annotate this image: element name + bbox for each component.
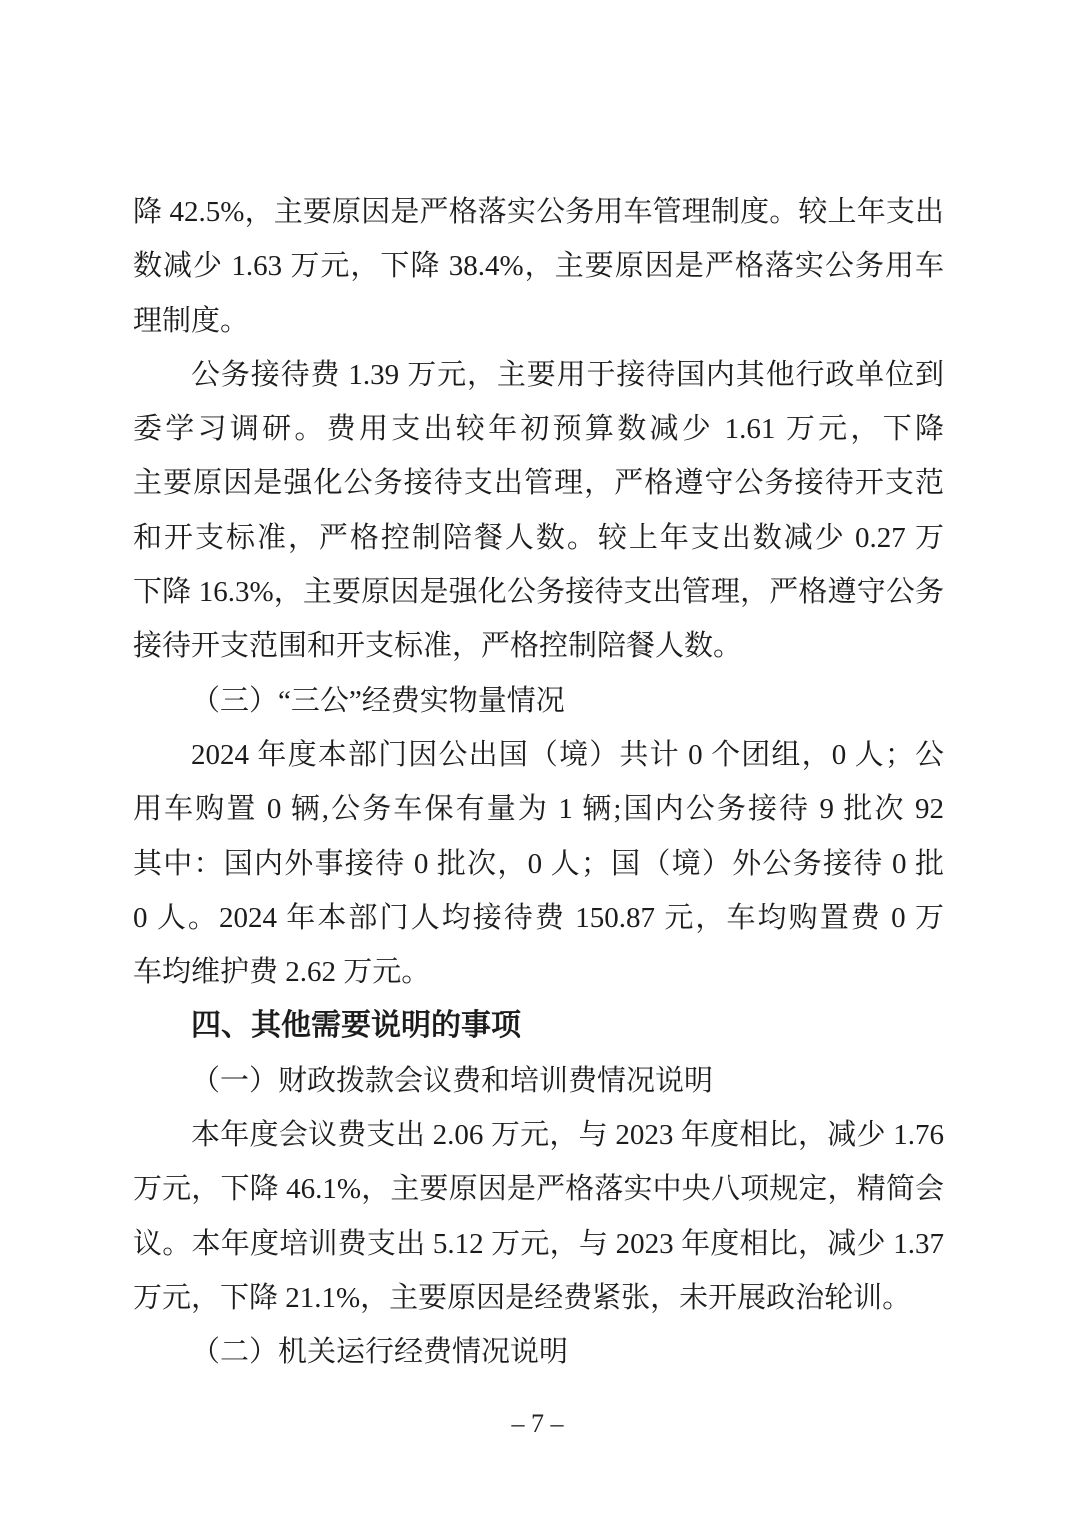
text-line: 理制度。 xyxy=(133,294,944,348)
document-page: 降 42.5%，主要原因是严格落实公务用车管理制度。较上年支出 数减少 1.63… xyxy=(0,0,1075,1520)
text-line: 主要原因是强化公务接待支出管理，严格遵守公务接待开支范围 xyxy=(133,456,944,510)
document-body: 降 42.5%，主要原因是严格落实公务用车管理制度。较上年支出 数减少 1.63… xyxy=(133,185,944,1380)
text-line: 和开支标准，严格控制陪餐人数。较上年支出数减少 0.27 万元， xyxy=(133,511,944,565)
text-line: 0 人。2024 年本部门人均接待费 150.87 元，车均购置费 0 万元， xyxy=(133,891,944,945)
text-line: 公务接待费 1.39 万元，主要用于接待国内其他行政单位到我 xyxy=(133,348,944,402)
text-line: 数减少 1.63 万元，下降 38.4%，主要原因是严格落实公务用车管 xyxy=(133,239,944,293)
text-line: 议。本年度培训费支出 5.12 万元，与 2023 年度相比，减少 1.37 xyxy=(133,1217,944,1271)
text-line: 本年度会议费支出 2.06 万元，与 2023 年度相比，减少 1.76 xyxy=(133,1108,944,1162)
subsection-heading: （一）财政拨款会议费和培训费情况说明 xyxy=(133,1054,944,1108)
text-line: 接待开支范围和开支标准，严格控制陪餐人数。 xyxy=(133,619,944,673)
text-line: 万元，下降 46.1%，主要原因是严格落实中央八项规定，精简会 xyxy=(133,1162,944,1216)
text-line: 车均维护费 2.62 万元。 xyxy=(133,945,944,999)
text-line: 用车购置 0 辆,公务车保有量为 1 辆;国内公务接待 9 批次 92 人， xyxy=(133,782,944,836)
section-heading: 四、其他需要说明的事项 xyxy=(133,999,944,1053)
text-line: 其中：国内外事接待 0 批次，0 人；国（境）外公务接待 0 批次， xyxy=(133,837,944,891)
text-line: 委学习调研。费用支出较年初预算数减少 1.61 万元，下降 53.7%， xyxy=(133,402,944,456)
subsection-heading: （三）“三公”经费实物量情况 xyxy=(133,674,944,728)
text-line: 下降 16.3%，主要原因是强化公务接待支出管理，严格遵守公务 xyxy=(133,565,944,619)
subsection-heading: （二）机关运行经费情况说明 xyxy=(133,1325,944,1379)
text-line: 2024 年度本部门因公出国（境）共计 0 个团组，0 人；公务 xyxy=(133,728,944,782)
text-line: 万元，下降 21.1%，主要原因是经费紧张，未开展政治轮训。 xyxy=(133,1271,944,1325)
page-number: – 7 – xyxy=(0,1404,1075,1444)
text-line: 降 42.5%，主要原因是严格落实公务用车管理制度。较上年支出 xyxy=(133,185,944,239)
